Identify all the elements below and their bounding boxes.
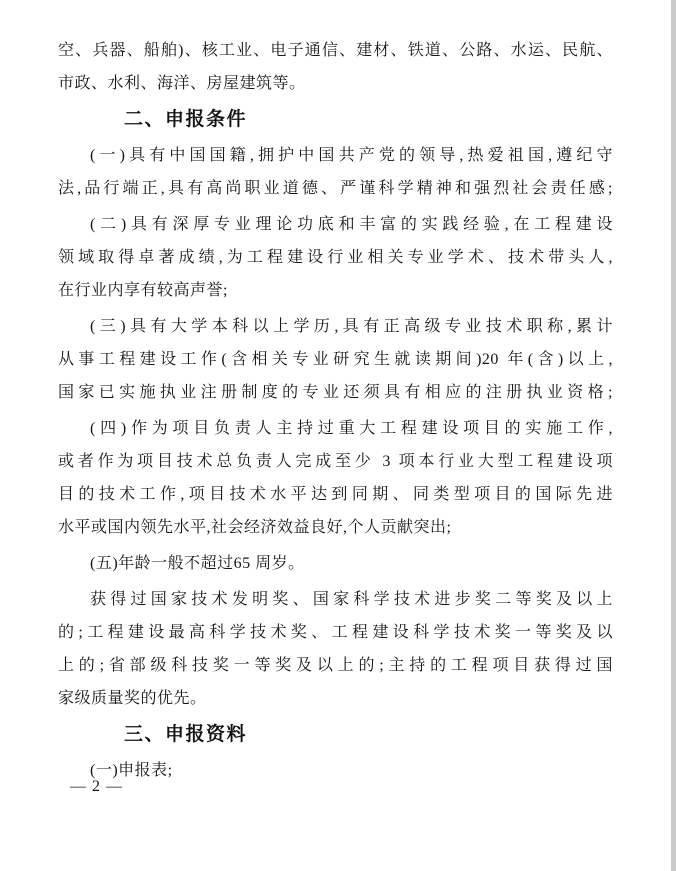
text-line: (一)申报表;: [58, 754, 613, 787]
paragraph-block: (二)具有深厚专业理论功底和丰富的实践经验,在工程建设领域取得卓著成绩,为工程建…: [58, 208, 613, 307]
section-heading: 二、申报条件: [58, 103, 613, 136]
text-line: 市政、水利、海洋、房屋建筑等。: [58, 67, 613, 100]
text-line: 国家已实施执业注册制度的专业还须具有相应的注册执业资格;: [58, 376, 613, 409]
document-body: 空、兵器、船舶)、核工业、电子通信、建材、铁道、公路、水运、民航、市政、水利、海…: [58, 34, 613, 787]
text-line: (四)作为项目负责人主持过重大工程建设项目的实施工作,: [58, 412, 613, 445]
text-line: 家级质量奖的优先。: [58, 682, 613, 715]
section-heading-block: 二、申报条件: [58, 103, 613, 136]
text-line: 的;工程建设最高科学技术奖、工程建设科学技术奖一等奖及以: [58, 616, 613, 649]
text-line: 获得过国家技术发明奖、国家科学技术进步奖二等奖及以上: [58, 583, 613, 616]
text-line: (二)具有深厚专业理论功底和丰富的实践经验,在工程建设: [58, 208, 613, 241]
text-line: 从事工程建设工作(含相关专业研究生就读期间)20 年(含)以上,: [58, 343, 613, 376]
text-line: 目的技术工作,项目技术水平达到同期、同类型项目的国际先进: [58, 478, 613, 511]
text-line: 在行业内享有较高声誉;: [58, 274, 613, 307]
paragraph-block: (三)具有大学本科以上学历,具有正高级专业技术职称,累计从事工程建设工作(含相关…: [58, 310, 613, 409]
scan-edge-artifact: [671, 0, 676, 871]
section-heading: 三、申报资料: [58, 718, 613, 751]
text-line: 空、兵器、船舶)、核工业、电子通信、建材、铁道、公路、水运、民航、: [58, 34, 613, 67]
paragraph-block: (四)作为项目负责人主持过重大工程建设项目的实施工作,或者作为项目技术总负责人完…: [58, 412, 613, 544]
text-line: 法,品行端正,具有高尚职业道德、严谨科学精神和强烈社会责任感;: [58, 172, 613, 205]
paragraph-block: (一)具有中国国籍,拥护中国共产党的领导,热爱祖国,遵纪守法,品行端正,具有高尚…: [58, 139, 613, 205]
section-heading-block: 三、申报资料: [58, 718, 613, 751]
text-line: 领域取得卓著成绩,为工程建设行业相关专业学术、技术带头人,: [58, 241, 613, 274]
page-number: — 2 —: [70, 778, 123, 796]
paragraph-block: 空、兵器、船舶)、核工业、电子通信、建材、铁道、公路、水运、民航、市政、水利、海…: [58, 34, 613, 100]
paragraph-block: (一)申报表;: [58, 754, 613, 787]
text-line: 或者作为项目技术总负责人完成至少 3 项本行业大型工程建设项: [58, 445, 613, 478]
text-line: (五)年龄一般不超过65 周岁。: [58, 547, 613, 580]
text-line: 上的;省部级科技奖一等奖及以上的;主持的工程项目获得过国: [58, 649, 613, 682]
paragraph-block: 获得过国家技术发明奖、国家科学技术进步奖二等奖及以上的;工程建设最高科学技术奖、…: [58, 583, 613, 715]
paragraph-block: (五)年龄一般不超过65 周岁。: [58, 547, 613, 580]
text-line: (三)具有大学本科以上学历,具有正高级专业技术职称,累计: [58, 310, 613, 343]
text-line: 水平或国内领先水平,社会经济效益良好,个人贡献突出;: [58, 511, 613, 544]
text-line: (一)具有中国国籍,拥护中国共产党的领导,热爱祖国,遵纪守: [58, 139, 613, 172]
